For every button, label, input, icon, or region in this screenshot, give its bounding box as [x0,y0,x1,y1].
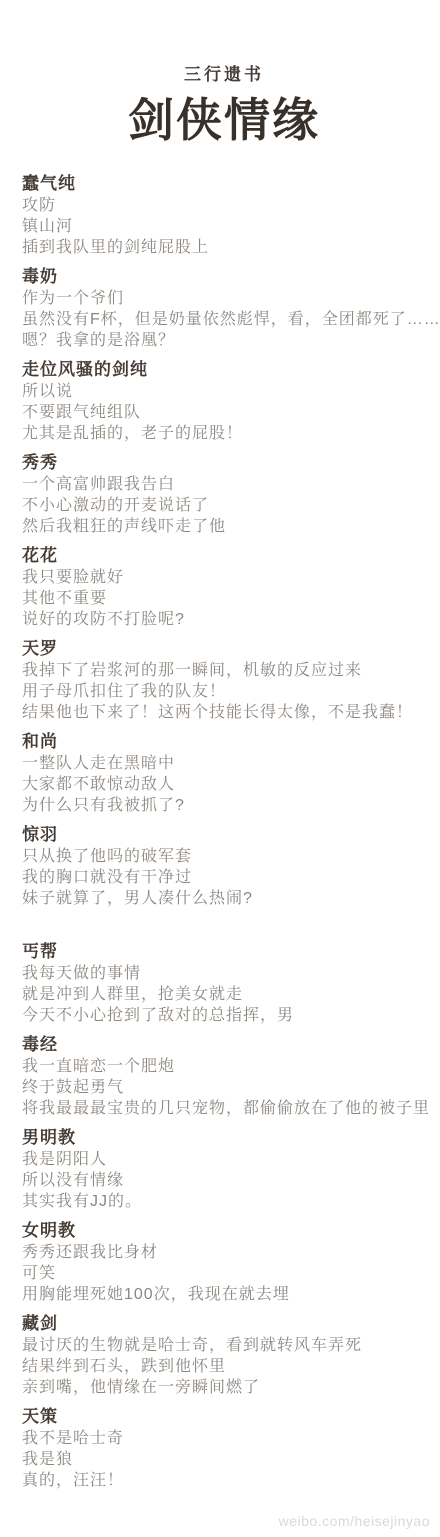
section-line: 插到我队里的剑纯屁股上 [22,237,426,258]
section-header: 秀秀 [22,452,426,473]
section-line: 就是冲到人群里，抢美女就走 [22,984,426,1005]
section-line: 大家都不敢惊动敌人 [22,774,426,795]
section-line: 我每天做的事情 [22,963,426,984]
section-header: 惊羽 [22,824,426,845]
section-line: 结果绊到石头，跌到他怀里 [22,1356,426,1377]
section-line: 说好的攻防不打脸呢? [22,609,426,630]
section-line: 然后我粗狂的声线吓走了他 [22,516,426,537]
section-line: 尤其是乱插的，老子的屁股！ [22,423,426,444]
section-line: 不小心激动的开麦说话了 [22,495,426,516]
section-line: 终于鼓起勇气 [22,1077,426,1098]
section-header: 天策 [22,1406,426,1427]
section-line: 其实我有JJ的。 [22,1191,426,1212]
section-line: 将我最最最宝贵的几只宠物，都偷偷放在了他的被子里 [22,1098,426,1119]
section: 天策我不是哈士奇我是狼真的，汪汪！ [22,1406,426,1491]
section-line: 所以没有情缘 [22,1170,426,1191]
section-line: 真的，汪汪！ [22,1470,426,1491]
section: 和尚一整队人走在黑暗中大家都不敢惊动敌人为什么只有我被抓了? [22,731,426,816]
section-line: 妹子就算了，男人凑什么热闹? [22,888,426,909]
section-line: 只从换了他吗的破军套 [22,846,426,867]
section-header: 女明教 [22,1220,426,1241]
section-line: 我的胸口就没有干净过 [22,867,426,888]
section: 毒经我一直暗恋一个肥炮终于鼓起勇气将我最最最宝贵的几只宠物，都偷偷放在了他的被子… [22,1034,426,1119]
section: 秀秀一个高富帅跟我告白不小心激动的开麦说话了然后我粗狂的声线吓走了他 [22,452,426,537]
section-header: 毒奶 [22,266,426,287]
section-line: 我不是哈士奇 [22,1428,426,1449]
section-line: 我掉下了岩浆河的那一瞬间，机敏的反应过来 [22,660,426,681]
section-line: 我是狼 [22,1449,426,1470]
section-line: 作为一个爷们 [22,288,426,309]
section: 毒奶作为一个爷们虽然没有F杯，但是奶量依然彪悍，看，全团都死了……嗯？我拿的是浴… [22,266,426,351]
section-line: 镇山河 [22,216,426,237]
section-line: 攻防 [22,195,426,216]
section: 藏剑最讨厌的生物就是哈士奇，看到就转风车弄死结果绊到石头，跌到他怀里亲到嘴，他情… [22,1313,426,1398]
section-line: 所以说 [22,381,426,402]
section: 女明教秀秀还跟我比身材可笑用胸能埋死她100次，我现在就去埋 [22,1220,426,1305]
section: 男明教我是阴阳人所以没有情缘其实我有JJ的。 [22,1127,426,1212]
section: 走位风骚的剑纯所以说不要跟气纯组队尤其是乱插的，老子的屁股！ [22,359,426,444]
section-line: 一个高富帅跟我告白 [22,474,426,495]
section-line: 我只要脸就好 [22,567,426,588]
section-line: 用胸能埋死她100次，我现在就去埋 [22,1284,426,1305]
section-line: 虽然没有F杯，但是奶量依然彪悍，看，全团都死了…… [22,309,426,330]
poster-title: 剑侠情缘 [22,95,426,146]
poster: 三行遗书 剑侠情缘 蠢气纯攻防镇山河插到我队里的剑纯屁股上毒奶作为一个爷们虽然没… [0,0,440,1537]
section-line: 不要跟气纯组队 [22,402,426,423]
section-line: 用子母爪扣住了我的队友！ [22,681,426,702]
section-line: 最讨厌的生物就是哈士奇，看到就转风车弄死 [22,1335,426,1356]
section-header: 毒经 [22,1034,426,1055]
section-header: 花花 [22,545,426,566]
section-line: 我一直暗恋一个肥炮 [22,1056,426,1077]
section-line: 嗯？我拿的是浴凰？ [22,330,426,351]
section-line: 一整队人走在黑暗中 [22,753,426,774]
section-line: 结果他也下来了！这两个技能长得太像，不是我蠢！ [22,702,426,723]
section-header: 丐帮 [22,941,426,962]
section-header: 藏剑 [22,1313,426,1334]
section-header: 男明教 [22,1127,426,1148]
poster-subtitle: 三行遗书 [22,60,426,85]
weibo-watermark-link: weibo.com/heisejinyao [279,1513,430,1529]
section: 天罗我掉下了岩浆河的那一瞬间，机敏的反应过来用子母爪扣住了我的队友！结果他也下来… [22,638,426,723]
section-line: 我是阴阳人 [22,1149,426,1170]
section-line: 为什么只有我被抓了? [22,795,426,816]
section-line: 其他不重要 [22,588,426,609]
section: 蠢气纯攻防镇山河插到我队里的剑纯屁股上 [22,173,426,258]
section-header: 走位风骚的剑纯 [22,359,426,380]
section: 惊羽只从换了他吗的破军套我的胸口就没有干净过妹子就算了，男人凑什么热闹? [22,824,426,909]
section-line: 今天不小心抢到了敌对的总指挥，男 [22,1005,426,1026]
section-line: 亲到嘴，他情缘在一旁瞬间燃了 [22,1377,426,1398]
section: 丐帮我每天做的事情就是冲到人群里，抢美女就走今天不小心抢到了敌对的总指挥，男 [22,941,426,1026]
section-header: 和尚 [22,731,426,752]
section-header: 蠢气纯 [22,173,426,194]
section-header: 天罗 [22,638,426,659]
section: 花花我只要脸就好其他不重要说好的攻防不打脸呢? [22,545,426,630]
sections-list: 蠢气纯攻防镇山河插到我队里的剑纯屁股上毒奶作为一个爷们虽然没有F杯，但是奶量依然… [22,173,426,1491]
section-line: 可笑 [22,1263,426,1284]
section-line: 秀秀还跟我比身材 [22,1242,426,1263]
